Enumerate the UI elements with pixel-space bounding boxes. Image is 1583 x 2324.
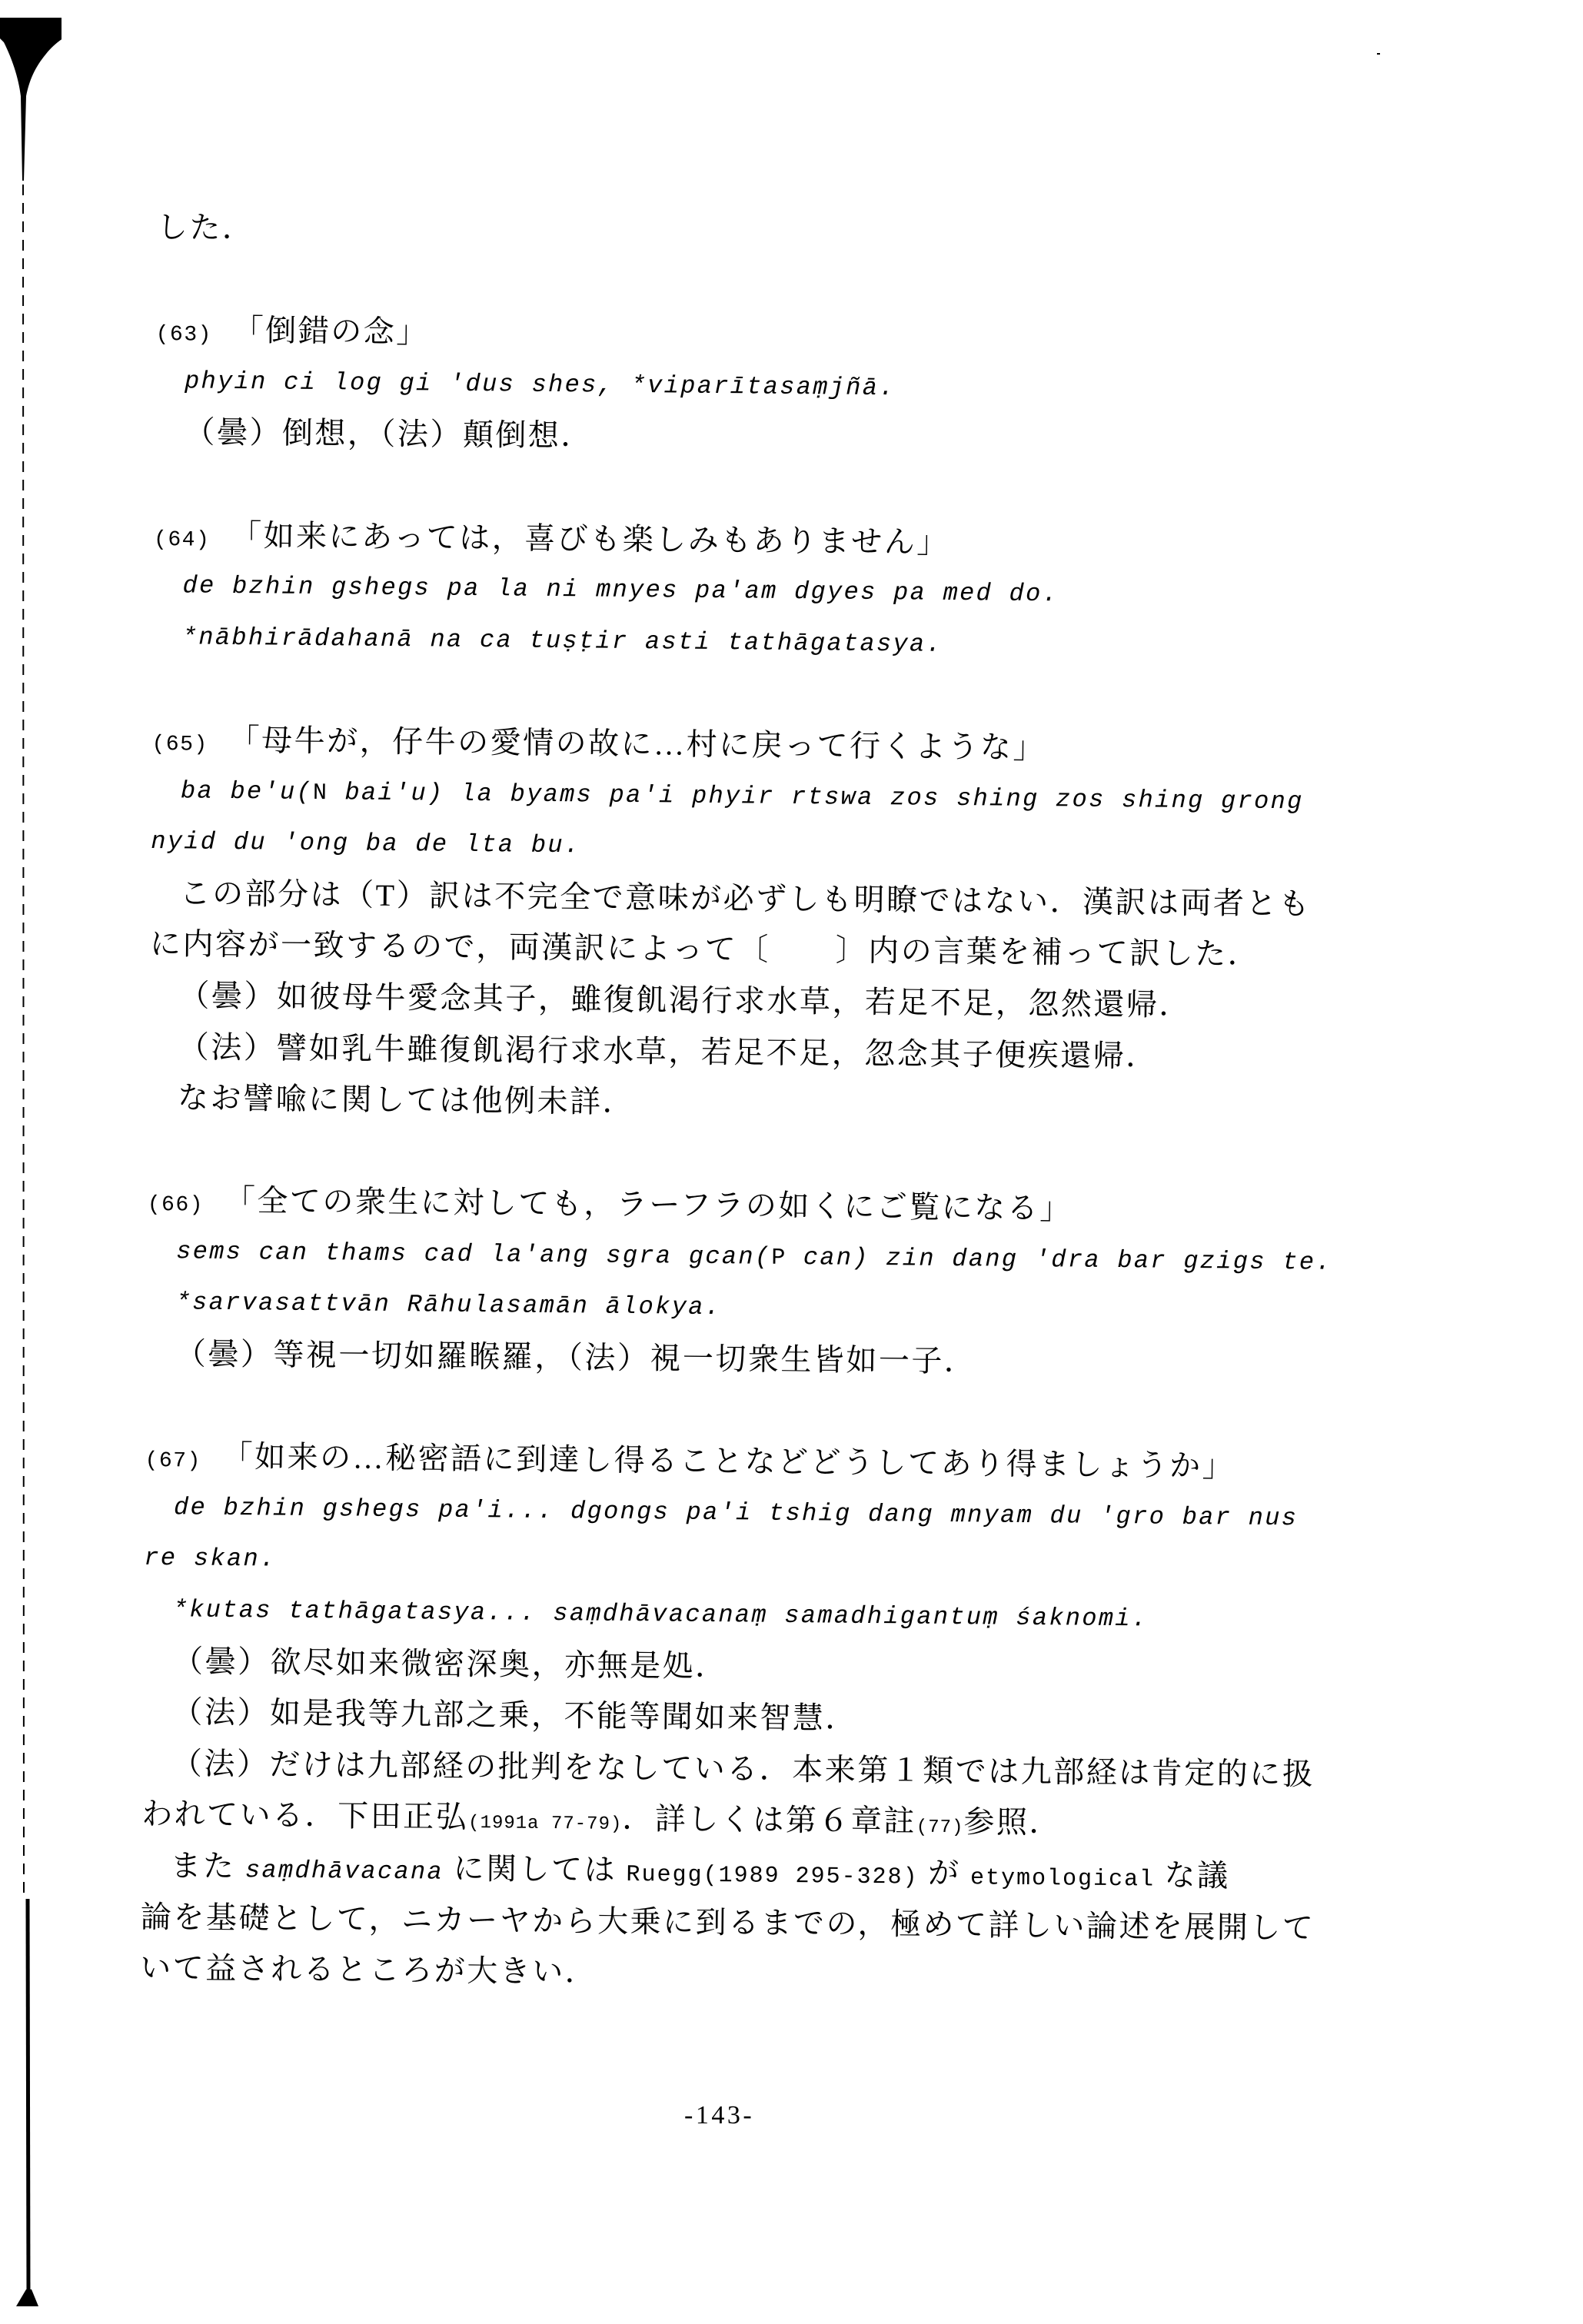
- commentary-segment: 参照．: [963, 1805, 1062, 1840]
- commentary-segment: われている．下田正弘: [141, 1797, 468, 1834]
- edition-siglum: P: [771, 1245, 787, 1272]
- binding-edge-dashed: [23, 185, 24, 1899]
- citation: Ruegg(1989 295-328): [626, 1862, 918, 1891]
- note-heading-text: 「倒錯の念」: [233, 313, 429, 349]
- binding-edge-solid: [28, 1899, 28, 2299]
- transliteration-segment: bai'u) la byams pa'i phyir rtswa zos shi…: [328, 778, 1304, 816]
- binding-shadow: [0, 0, 62, 2324]
- note-number: (63): [155, 310, 233, 362]
- note-heading-text: 「如来にあっては，喜びも楽しみもありません」: [231, 518, 949, 560]
- note-number: (66): [147, 1180, 224, 1232]
- binding-shadow-top: [0, 18, 62, 181]
- commentary-segment: に関しては: [444, 1851, 627, 1887]
- transliteration-segment: ba be'u(: [181, 776, 313, 806]
- scan-speck: [1377, 53, 1380, 55]
- note-heading-text: 「如来の…秘密語に到達し得ることなどどうしてあり得ましょうか」: [221, 1439, 1235, 1484]
- note-number: (64): [154, 515, 231, 567]
- sanskrit-term: saṃdhāvacana: [245, 1856, 444, 1886]
- binding-edge-foot: [16, 2289, 38, 2306]
- english-term: etymological: [970, 1865, 1155, 1893]
- commentary-segment: が: [918, 1856, 970, 1891]
- page-body: した． (63)「倒錯の念」 phyin ci log gi 'dus shes…: [140, 202, 1387, 2006]
- note-number: (65): [151, 720, 229, 772]
- commentary-segment: また: [170, 1848, 245, 1883]
- edition-siglum: N: [313, 780, 328, 806]
- page-number: -143-: [684, 2100, 754, 2131]
- transliteration-segment: sems can thams cad la'ang sgra gcan(: [176, 1237, 771, 1271]
- commentary-segment: な議: [1155, 1858, 1230, 1893]
- commentary-segment: ．詳しくは第６章註: [622, 1801, 916, 1839]
- note-heading-text: 「全ての衆生に対しても，ラーフラの如くにご覧になる」: [224, 1183, 1073, 1226]
- transliteration-segment: can) zin dang 'dra bar gzigs te.: [787, 1243, 1332, 1277]
- note-heading-text: 「母牛が，仔牛の愛情の故に…村に戻って行くような」: [228, 723, 1046, 765]
- note-reference: (77): [916, 1817, 964, 1839]
- citation: (1991a 77-79): [468, 1813, 622, 1835]
- note-number: (67): [145, 1436, 222, 1488]
